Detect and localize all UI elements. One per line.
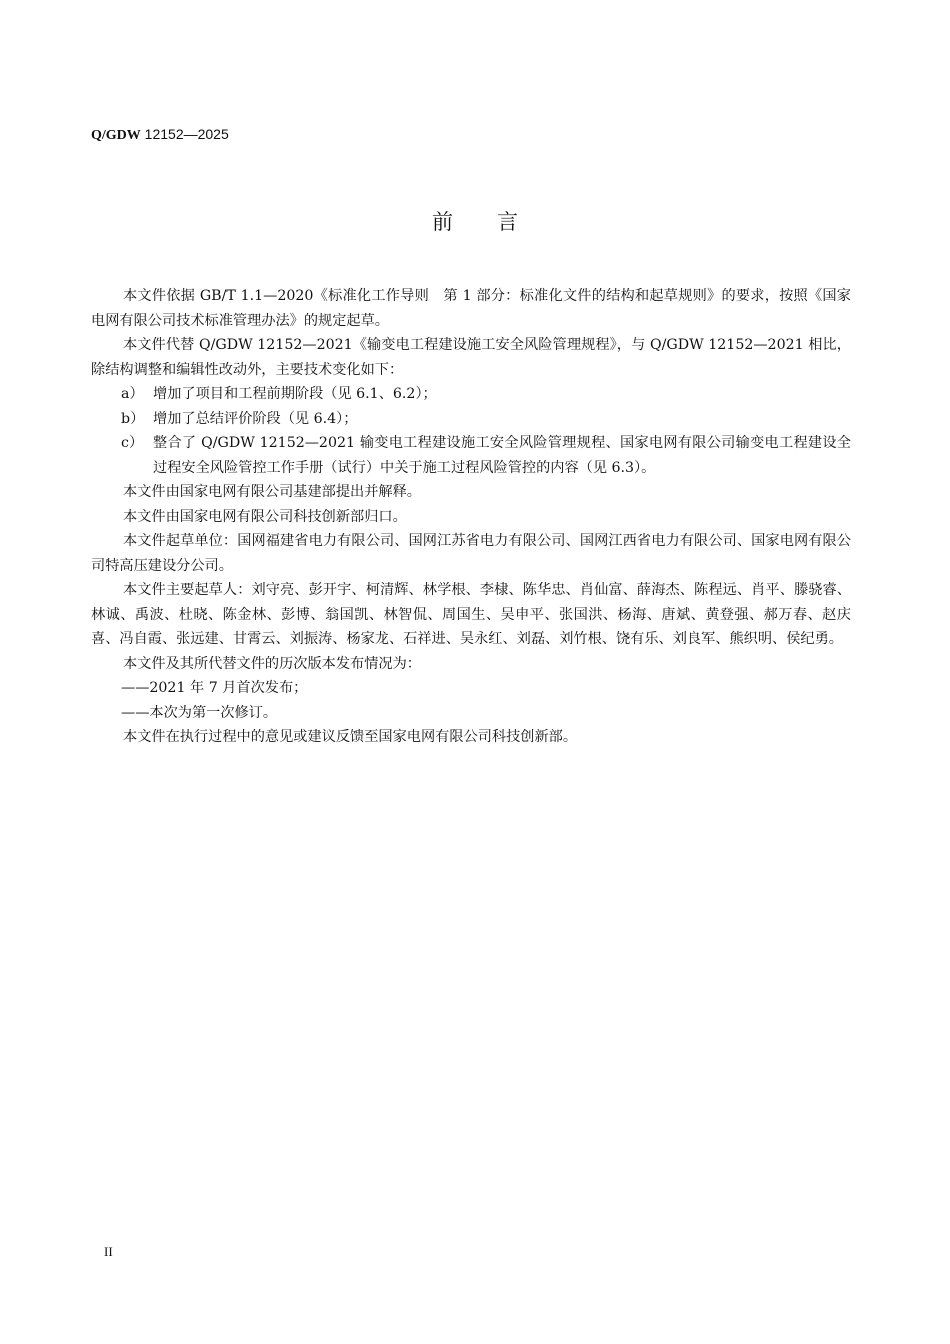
paragraph-drafting-units: 本文件起草单位：国网福建省电力有限公司、国网江苏省电力有限公司、国网江西省电力有… (91, 529, 851, 578)
list-item-text: 增加了项目和工程前期阶段（见 6.1、6.2）； (153, 386, 437, 402)
paragraph-proposer: 本文件由国家电网有限公司基建部提出并解释。 (91, 480, 851, 505)
list-item: b） 增加了总结评价阶段（见 6.4）； (91, 407, 851, 432)
document-page: Q/GDW 12152—2025 前言 本文件依据 GB/T 1.1—2020《… (0, 0, 950, 1344)
list-item-text: 增加了总结评价阶段（见 6.4）； (153, 411, 357, 427)
list-marker: b） (121, 407, 144, 432)
paragraph-replaces: 本文件代替 Q/GDW 12152—2021《输变电工程建设施工安全风险管理规程… (91, 333, 851, 382)
history-item: ——本次为第一次修订。 (91, 701, 851, 726)
paragraph-centralized: 本文件由国家电网有限公司科技创新部归口。 (91, 505, 851, 530)
paragraph-feedback: 本文件在执行过程中的意见或建议反馈至国家电网有限公司科技创新部。 (91, 725, 851, 750)
list-item: a） 增加了项目和工程前期阶段（见 6.1、6.2）； (91, 382, 851, 407)
paragraph-history: 本文件及其所代替文件的历次版本发布情况为： (91, 652, 851, 677)
section-title: 前言 (0, 206, 950, 236)
document-code-prefix: Q/GDW (91, 128, 141, 143)
list-item-text: 整合了 Q/GDW 12152—2021 输变电工程建设施工安全风险管理规程、国… (153, 435, 851, 476)
list-marker: c） (121, 431, 143, 456)
list-item: c） 整合了 Q/GDW 12152—2021 输变电工程建设施工安全风险管理规… (91, 431, 851, 480)
document-code: Q/GDW 12152—2025 (91, 126, 229, 144)
paragraph-basis: 本文件依据 GB/T 1.1—2020《标准化工作导则 第 1 部分：标准化文件… (91, 284, 851, 333)
history-item: ——2021 年 7 月首次发布； (91, 676, 851, 701)
foreword-body: 本文件依据 GB/T 1.1—2020《标准化工作导则 第 1 部分：标准化文件… (91, 284, 851, 750)
paragraph-drafters: 本文件主要起草人：刘守亮、彭开宇、柯清辉、林学根、李棣、陈华忠、肖仙富、薛海杰、… (91, 578, 851, 652)
page-number: II (104, 1244, 113, 1260)
list-marker: a） (121, 382, 144, 407)
document-code-number: 12152—2025 (141, 126, 229, 142)
